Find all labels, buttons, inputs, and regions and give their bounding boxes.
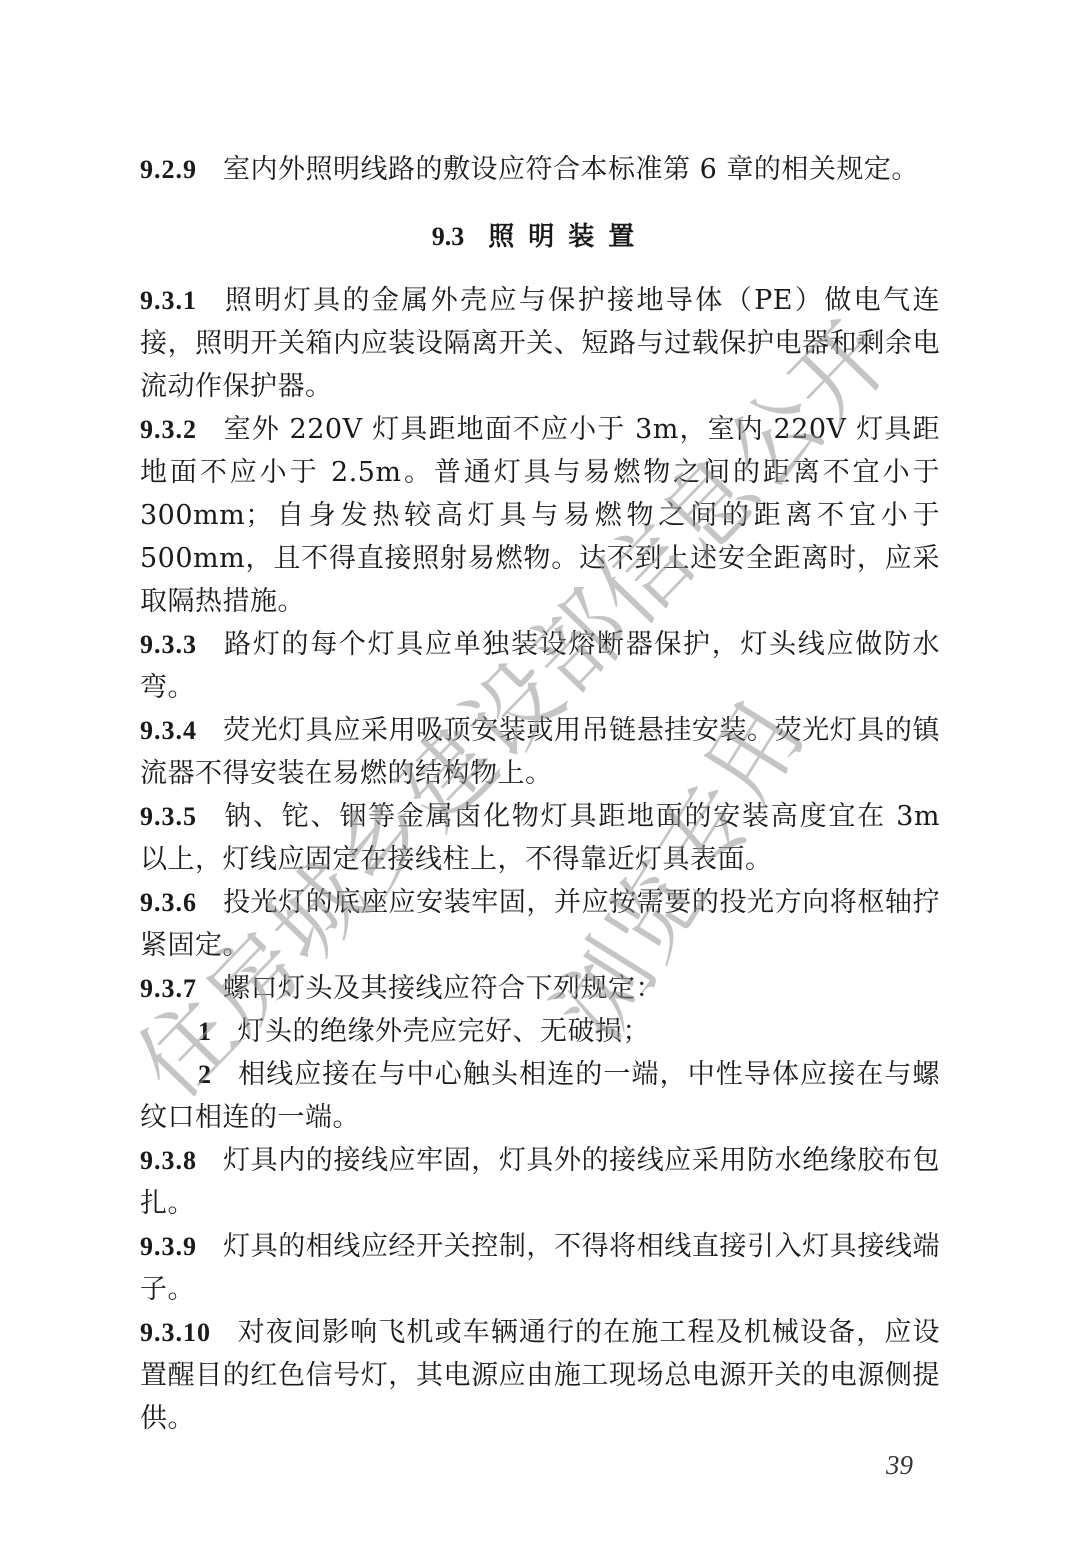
section-number: 9.3 xyxy=(432,222,465,251)
clause-9-3-7-item-1: 1灯头的绝缘外壳应完好、无破损； xyxy=(140,1010,940,1053)
clause-text: 室内外照明线路的敷设应符合本标准第 6 章的相关规定。 xyxy=(223,154,919,185)
document-page: 9.2.9室内外照明线路的敷设应符合本标准第 6 章的相关规定。 9.3照明装置… xyxy=(140,148,940,1440)
clause-number: 9.3.3 xyxy=(140,630,197,659)
clause-9-3-8: 9.3.8灯具内的接线应牢固，灯具外的接线应采用防水绝缘胶布包扎。 xyxy=(140,1139,940,1225)
clause-9-3-9: 9.3.9灯具的相线应经开关控制，不得将相线直接引入灯具接线端子。 xyxy=(140,1225,940,1311)
clause-9-3-2: 9.3.2室外 220V 灯具距地面不应小于 3m，室内 220V 灯具距地面不… xyxy=(140,408,940,623)
item-text: 灯头的绝缘外壳应完好、无破损； xyxy=(238,1016,651,1047)
clause-9-3-3: 9.3.3路灯的每个灯具应单独装设熔断器保护，灯头线应做防水弯。 xyxy=(140,623,940,709)
clause-text: 对夜间影响飞机或车辆通行的在施工程及机械设备，应设置醒目的红色信号灯，其电源应由… xyxy=(140,1317,940,1434)
clause-number: 9.3.6 xyxy=(140,888,197,917)
clause-9-3-4: 9.3.4荧光灯具应采用吸顶安装或用吊链悬挂安装。荧光灯具的镇流器不得安装在易燃… xyxy=(140,709,940,795)
section-heading: 9.3照明装置 xyxy=(140,215,940,259)
clause-9-3-7-item-2: 2相线应接在与中心触头相连的一端，中性导体应接在与螺纹口相连的一端。 xyxy=(140,1053,940,1139)
clause-number: 9.3.8 xyxy=(140,1146,197,1175)
clause-text: 钠、铊、铟等金属卤化物灯具距地面的安装高度宜在 3m 以上，灯线应固定在接线柱上… xyxy=(140,801,940,875)
clause-text: 螺口灯头及其接线应符合下列规定： xyxy=(223,973,663,1004)
clause-number: 9.3.9 xyxy=(140,1232,197,1261)
clause-number: 9.3.10 xyxy=(140,1318,211,1347)
clause-text: 投光灯的底座应安装牢固，并应按需要的投光方向将枢轴拧紧固定。 xyxy=(140,887,940,961)
clause-number: 9.3.4 xyxy=(140,716,197,745)
clause-text: 灯具内的接线应牢固，灯具外的接线应采用防水绝缘胶布包扎。 xyxy=(140,1145,940,1219)
clause-number: 9.3.5 xyxy=(140,802,197,831)
clause-number: 9.3.7 xyxy=(140,974,197,1003)
clause-text: 路灯的每个灯具应单独装设熔断器保护，灯头线应做防水弯。 xyxy=(140,629,940,703)
clause-number: 9.3.2 xyxy=(140,415,197,444)
clause-text: 灯具的相线应经开关控制，不得将相线直接引入灯具接线端子。 xyxy=(140,1231,940,1305)
clause-9-2-9: 9.2.9室内外照明线路的敷设应符合本标准第 6 章的相关规定。 xyxy=(140,148,940,191)
clause-9-3-1: 9.3.1照明灯具的金属外壳应与保护接地导体（PE）做电气连接，照明开关箱内应装… xyxy=(140,279,940,408)
clause-text: 荧光灯具应采用吸顶安装或用吊链悬挂安装。荧光灯具的镇流器不得安装在易燃的结构物上… xyxy=(140,715,940,789)
clause-9-3-5: 9.3.5钠、铊、铟等金属卤化物灯具距地面的安装高度宜在 3m 以上，灯线应固定… xyxy=(140,795,940,881)
clause-9-3-10: 9.3.10对夜间影响飞机或车辆通行的在施工程及机械设备，应设置醒目的红色信号灯… xyxy=(140,1311,940,1440)
clause-text: 照明灯具的金属外壳应与保护接地导体（PE）做电气连接，照明开关箱内应装设隔离开关… xyxy=(140,285,940,402)
item-number: 2 xyxy=(198,1060,212,1089)
clause-9-3-6: 9.3.6投光灯的底座应安装牢固，并应按需要的投光方向将枢轴拧紧固定。 xyxy=(140,881,940,967)
clause-9-3-7: 9.3.7螺口灯头及其接线应符合下列规定： xyxy=(140,967,940,1010)
clause-text: 室外 220V 灯具距地面不应小于 3m，室内 220V 灯具距地面不应小于 2… xyxy=(140,414,940,617)
item-number: 1 xyxy=(198,1017,212,1046)
section-title: 照明装置 xyxy=(488,222,648,252)
page-number: 39 xyxy=(886,1450,913,1481)
item-text: 相线应接在与中心触头相连的一端，中性导体应接在与螺纹口相连的一端。 xyxy=(140,1059,940,1133)
clause-number: 9.2.9 xyxy=(140,155,197,184)
clause-number: 9.3.1 xyxy=(140,286,197,315)
